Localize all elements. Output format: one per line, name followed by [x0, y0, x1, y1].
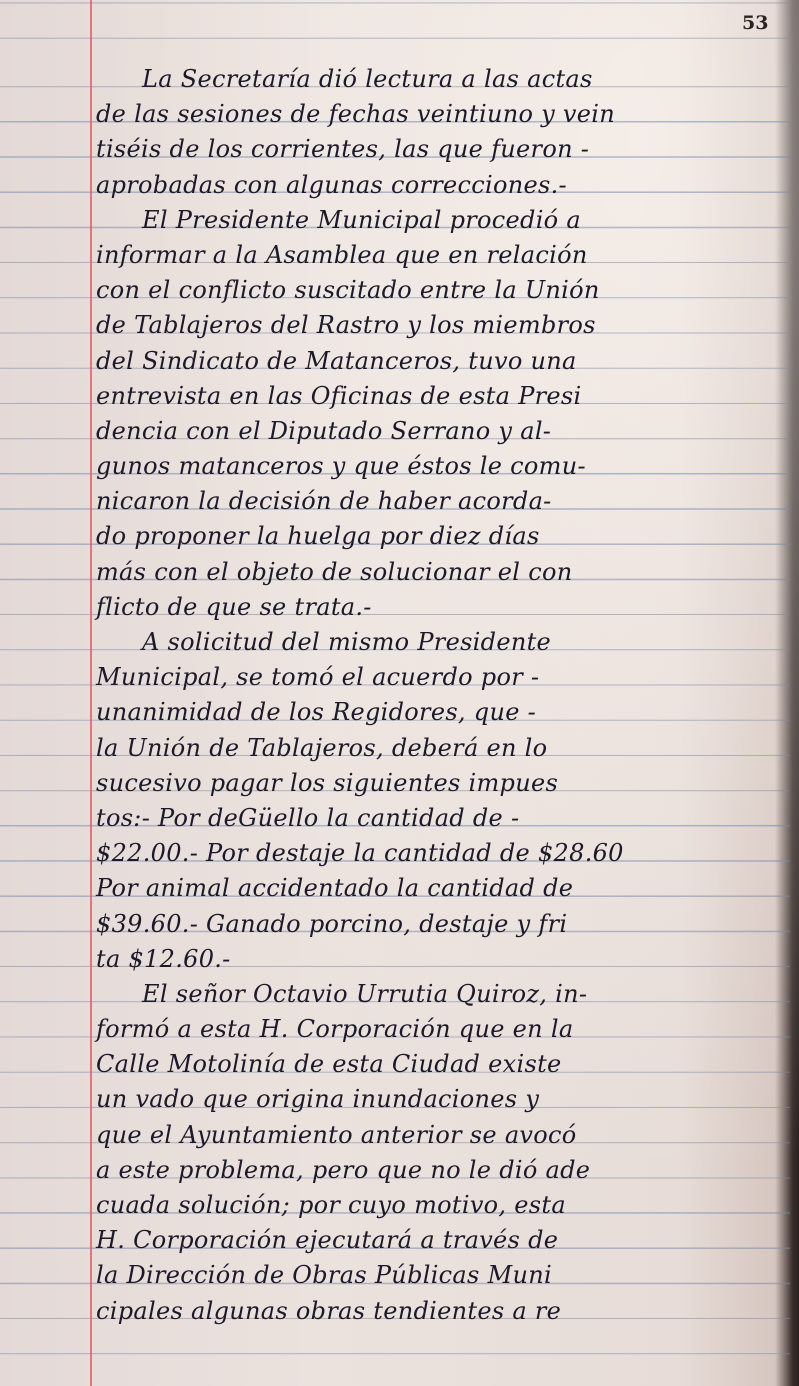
- text-line: A solicitud del mismo Presidente: [96, 625, 796, 660]
- text-line: $39.60.- Ganado porcino, destaje y fri: [96, 907, 796, 942]
- text-line: formó a esta H. Corporación que en la: [96, 1012, 796, 1047]
- text-line: un vado que origina inundaciones y: [96, 1082, 796, 1117]
- text-line: Por animal accidentado la cantidad de: [96, 871, 796, 906]
- text-line: dencia con el Diputado Serrano y al-: [96, 414, 796, 449]
- text-line: unanimidad de los Regidores, que -: [96, 695, 796, 730]
- text-line: El Presidente Municipal procedió a: [96, 203, 796, 238]
- page-number: 53: [742, 12, 768, 34]
- text-line: El señor Octavio Urrutia Quiroz, in-: [96, 977, 796, 1012]
- text-line: cuada solución; por cuyo motivo, esta: [96, 1188, 796, 1223]
- text-line: más con el objeto de solucionar el con: [96, 555, 796, 590]
- text-line: informar a la Asamblea que en relación: [96, 238, 796, 273]
- red-margin-line: [90, 0, 92, 1386]
- text-line: entrevista en las Oficinas de esta Presi: [96, 379, 796, 414]
- text-line: aprobadas con algunas correcciones.-: [96, 168, 796, 203]
- text-line: $22.00.- Por destaje la cantidad de $28.…: [96, 836, 796, 871]
- text-line: sucesivo pagar los siguientes impues: [96, 766, 796, 801]
- text-line: de las sesiones de fechas veintiuno y ve…: [96, 97, 796, 132]
- text-line: con el conflicto suscitado entre la Unió…: [96, 273, 796, 308]
- handwritten-minutes-text: La Secretaría dió lectura a las actas de…: [96, 62, 796, 1329]
- text-line: do proponer la huelga por diez días: [96, 519, 796, 554]
- text-line: de Tablajeros del Rastro y los miembros: [96, 308, 796, 343]
- text-line: ta $12.60.-: [96, 942, 796, 977]
- text-line: H. Corporación ejecutará a través de: [96, 1223, 796, 1258]
- text-line: Calle Motolinía de esta Ciudad existe: [96, 1047, 796, 1082]
- text-line: a este problema, pero que no le dió ade: [96, 1153, 796, 1188]
- text-line: del Sindicato de Matanceros, tuvo una: [96, 344, 796, 379]
- text-line: tos:- Por deGüello la cantidad de -: [96, 801, 796, 836]
- text-line: nicaron la decisión de haber acorda-: [96, 484, 796, 519]
- text-line: la Dirección de Obras Públicas Muni: [96, 1258, 796, 1293]
- text-line: que el Ayuntamiento anterior se avocó: [96, 1118, 796, 1153]
- ledger-page: 53 La Secretaría dió lectura a las actas…: [0, 0, 799, 1386]
- text-line: gunos matanceros y que éstos le comu-: [96, 449, 796, 484]
- text-line: la Unión de Tablajeros, deberá en lo: [96, 731, 796, 766]
- text-line: tiséis de los corrientes, las que fueron…: [96, 132, 796, 167]
- text-line: Municipal, se tomó el acuerdo por -: [96, 660, 796, 695]
- text-line: cipales algunas obras tendientes a re: [96, 1294, 796, 1329]
- text-line: flicto de que se trata.-: [96, 590, 796, 625]
- text-line: La Secretaría dió lectura a las actas: [96, 62, 796, 97]
